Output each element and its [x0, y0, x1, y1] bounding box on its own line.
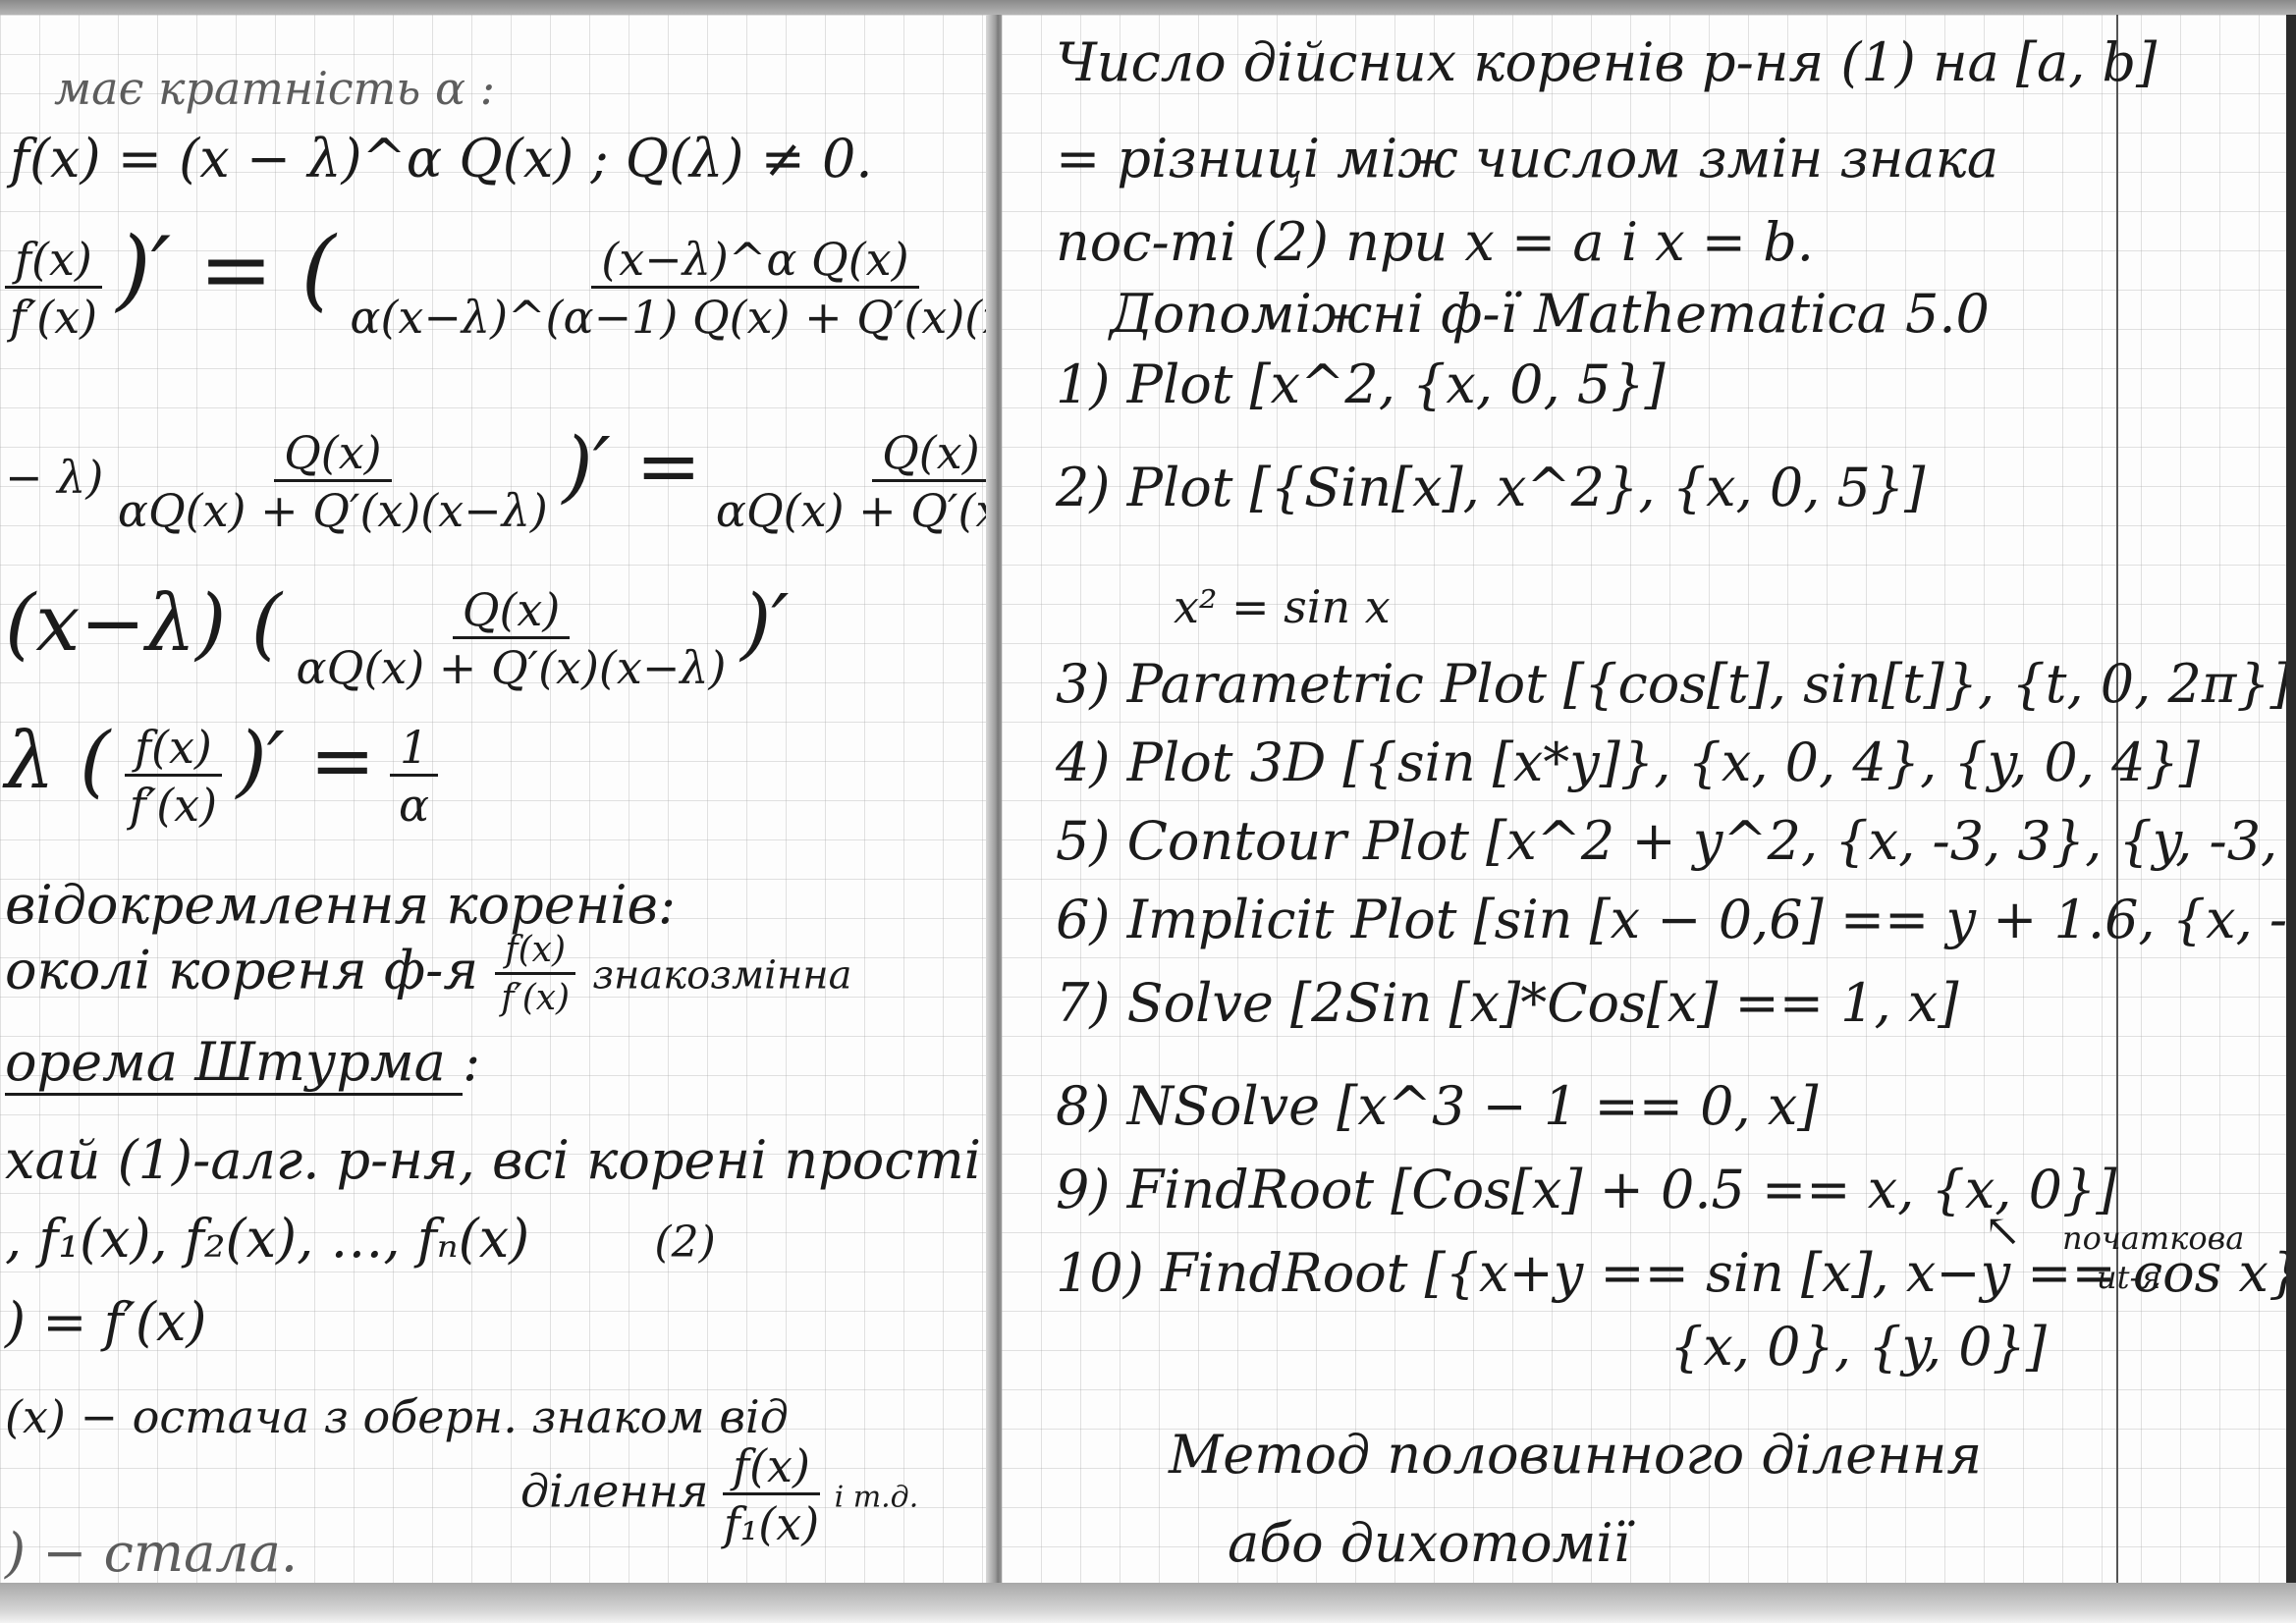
sturm-result-line-1: Число дійсних коренів р-ня (1) на [a, b] — [1056, 36, 2157, 89]
fraction: Q(x) αQ(x) + Q′(x)(x−λ) — [118, 430, 548, 533]
product-derivative-formula: (x−λ) ( Q(x) αQ(x) + Q′(x)(x−λ) )′ — [5, 584, 789, 690]
fraction: f(x) f₁(x) — [723, 1443, 820, 1546]
list-item: 9) FindRoot [Cos[x] + 0.5 == x, {x, 0}] — [1056, 1163, 2116, 1217]
constant-definition: ) − стала. — [5, 1527, 298, 1580]
fraction: 1 α — [390, 725, 438, 828]
list-item: 1) Plot [x^2, {x, 0, 5}] — [1056, 358, 1666, 411]
bisection-method-heading: Метод половинного ділення — [1169, 1429, 1982, 1482]
fraction: Q(x) αQ(x) + Q′(x)(x−λ) — [297, 587, 727, 690]
mathematica-functions-heading: Допоміжні ф-ї Mathematica 5.0 — [1110, 288, 1990, 341]
sturm-theorem-heading: орема Штурма : — [5, 1036, 480, 1089]
sturm-condition: хай (1)-алг. р-ня, всі корені прості — [5, 1134, 981, 1187]
list-item: 3) Parametric Plot [{cos[t], sin[t]}, {t… — [1056, 658, 2291, 711]
list-item-continuation: {x, 0}, {y, 0}] — [1669, 1321, 2047, 1374]
scan-top-edge — [0, 0, 2296, 15]
simplified-ratio-formula: − λ) Q(x) αQ(x) + Q′(x)(x−λ) )′ = Q(x) α… — [5, 427, 1146, 533]
sturm-result-line-2: = різниці між числом змін знака — [1056, 133, 1998, 186]
right-page: Число дійсних коренів р-ня (1) на [a, b]… — [1002, 15, 2288, 1583]
sturm-result-line-3: пос-ті (2) при x = a і x = b. — [1056, 216, 1814, 269]
fraction: f(x) f′(x) — [5, 237, 102, 340]
division-definition: ділення f(x) f₁(x) і т.д. — [520, 1443, 918, 1546]
left-page: має кратність α : f(x) = (x − λ)^α Q(x) … — [0, 15, 994, 1583]
arrow-icon: ↖ — [1984, 1208, 2022, 1253]
list-item: 5) Contour Plot [x^2 + y^2, {x, -3, 3}, … — [1056, 815, 2296, 868]
fraction: f(x) f′(x) — [495, 933, 575, 1016]
initial-value-annotation: початкова — [2062, 1222, 2244, 1254]
list-item: 4) Plot 3D [{sin [x*y]}, {x, 0, 4}, {y, … — [1056, 736, 2200, 789]
list-item: 8) NSolve [x^3 − 1 == 0, x] — [1056, 1080, 1818, 1133]
sign-change-statement: околі кореня ф-я f(x) f′(x) знакозмінна — [5, 933, 851, 1016]
margin-line — [2116, 15, 2118, 1583]
initial-value-annotation-2: ut-я — [2097, 1262, 2160, 1293]
factorization-formula: f(x) = (x − λ)^α Q(x) ; Q(λ) ≠ 0. — [10, 133, 873, 186]
list-item: 2) Plot [{Sin[x], x^2}, {x, 0, 5}] — [1056, 461, 1925, 514]
first-derivative-definition: ) = f′(x) — [5, 1296, 206, 1349]
scan-bottom-edge — [0, 1583, 2296, 1623]
list-item: 6) Implicit Plot [sin [x − 0,6] == y + 1… — [1056, 893, 2296, 947]
sturm-sequence: , f₁(x), f₂(x), …, fₙ(x) (2) — [5, 1213, 716, 1266]
multiplicity-line: має кратність α : — [54, 66, 495, 111]
root-isolation-heading: відокремлення коренів: — [5, 879, 676, 932]
list-item-note: x² = sin x — [1174, 584, 1391, 629]
fraction: f(x) f′(x) — [125, 725, 222, 828]
limit-formula: λ ( f(x) f′(x) )′ = 1 α — [5, 722, 438, 828]
bisection-method-subheading: або дихотомії — [1228, 1517, 1630, 1570]
page-edge — [2286, 15, 2296, 1583]
remainder-definition: (x) − остача з оберн. знаком від — [5, 1394, 789, 1439]
list-item: 7) Solve [2Sin [x]*Cos[x] == 1, x] — [1056, 977, 1958, 1030]
